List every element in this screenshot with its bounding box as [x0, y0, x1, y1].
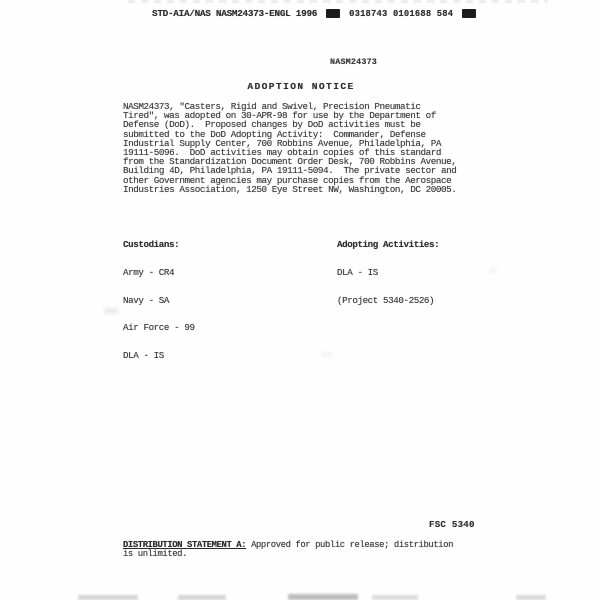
custodians-heading: Custodians:: [123, 240, 195, 249]
custodian-item: Air Force - 99: [123, 323, 195, 332]
adopting-item: (Project 5340-2526): [337, 296, 439, 305]
filled-square-mark-icon: [326, 9, 340, 18]
custodian-item: Navy - SA: [123, 296, 195, 305]
fsc-code: FSC 5340: [429, 519, 475, 530]
custodian-item: DLA - IS: [123, 351, 195, 360]
scan-bottom-ghost-text: [78, 595, 138, 600]
adopting-activities-section: Adopting Activities: DLA - IS (Project 5…: [337, 222, 439, 323]
page-title: ADOPTION NOTICE: [118, 81, 484, 92]
scan-header-line: STD-AIA/NAS NASM24373-ENGL 1996 0318743 …: [152, 8, 476, 19]
scan-edge-artifact: [128, 0, 548, 3]
custodian-item: Army - CR4: [123, 268, 195, 277]
adopting-item: DLA - IS: [337, 268, 439, 277]
publisher-standard-id: STD-AIA/NAS NASM24373-ENGL 1996: [152, 8, 317, 19]
scan-noise-smudge: [322, 352, 332, 357]
scan-bottom-ghost-text: [178, 595, 226, 600]
document-serial-code: 0318743 0101688 584: [349, 9, 453, 19]
document-number: NASM24373: [330, 57, 377, 67]
scan-noise-smudge: [488, 268, 497, 273]
custodians-section: Custodians: Army - CR4 Navy - SA Air For…: [123, 222, 195, 378]
distribution-statement-text: Approved for public release; distributio…: [246, 540, 453, 550]
body-paragraph: NASM24373, "Casters, Rigid and Swivel, P…: [123, 102, 495, 194]
scan-bottom-ghost-text: [516, 595, 546, 600]
scanned-document-page: STD-AIA/NAS NASM24373-ENGL 1996 0318743 …: [0, 0, 600, 600]
distribution-statement: DISTRIBUTION STATEMENT A: Approved for p…: [123, 541, 503, 560]
adopting-activities-heading: Adopting Activities:: [337, 240, 439, 249]
filled-square-mark-icon: [462, 9, 476, 18]
distribution-statement-text-cont: is unlimited.: [123, 550, 503, 559]
scan-bottom-ghost-text: [372, 595, 418, 600]
scan-noise-smudge: [104, 308, 118, 314]
scan-bottom-ghost-text: [288, 594, 358, 600]
